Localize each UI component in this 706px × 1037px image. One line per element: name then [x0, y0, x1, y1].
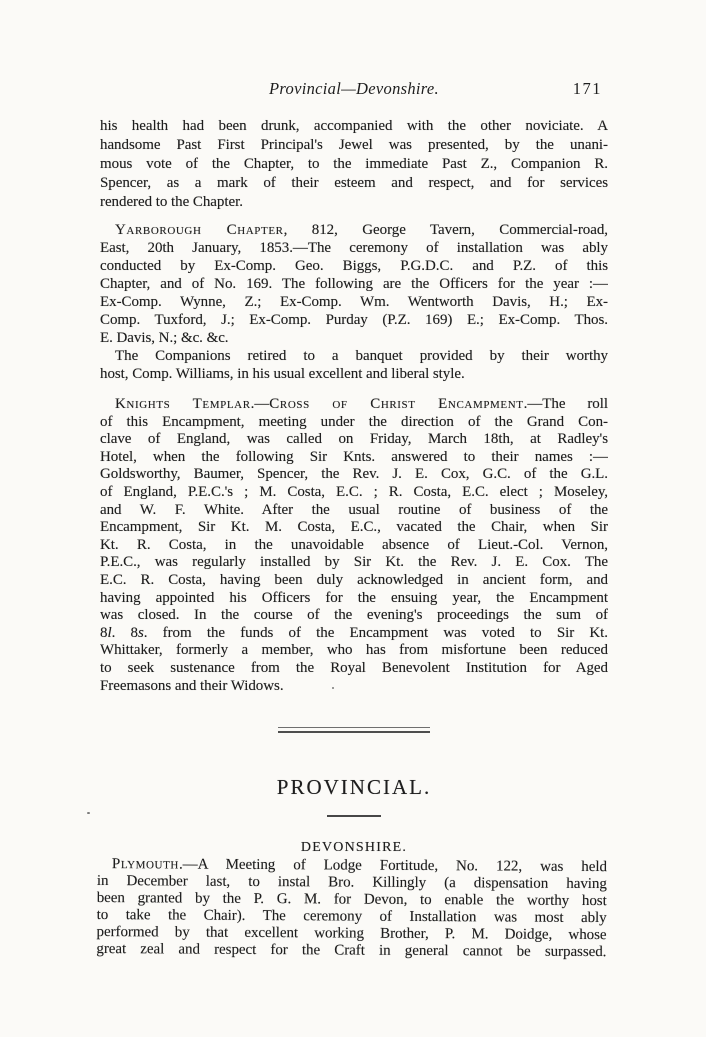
- text-line: mous vote of the Chapter, to the immedia…: [100, 155, 608, 174]
- text-line: 8l. 8s. from the funds of the Encampment…: [100, 625, 608, 643]
- text-line: East, 20th January, 1853.—The ceremony o…: [100, 239, 608, 257]
- text-line: E.C. R. Costa, having been duly acknowle…: [100, 572, 608, 590]
- text-line: Knights Templar.—Cross of Christ Encampm…: [100, 396, 608, 414]
- page-header: Provincial—Devonshire. 171: [100, 79, 608, 101]
- text-line: Hotel, when the following Sir Knts. answ…: [100, 449, 608, 467]
- text-line: host, Comp. Williams, in his usual excel…: [100, 365, 608, 383]
- text-line: Whittaker, formerly a member, who has fr…: [100, 642, 608, 660]
- text-line: E. Davis, N.; &c. &c.: [100, 329, 608, 347]
- paragraph-plymouth: Plymouth.—A Meeting of Lodge Fortitude, …: [96, 856, 607, 961]
- text-line: having appointed his Officers for the en…: [100, 590, 608, 608]
- article-text-block: his health had been drunk, accompanied w…: [100, 117, 608, 695]
- section-text-block: Plymouth.—A Meeting of Lodge Fortitude, …: [96, 856, 607, 961]
- text-line: Spencer, as a mark of their esteem and r…: [100, 174, 608, 193]
- text-line: and W. F. White. After the usual routine…: [100, 502, 608, 520]
- text-line: rendered to the Chapter.: [100, 193, 608, 212]
- scanned-page: Provincial—Devonshire. 171 his health ha…: [0, 0, 706, 1037]
- text-line: Ex-Comp. Wynne, Z.; Ex-Comp. Wm. Wentwor…: [100, 293, 608, 311]
- text-line: his health had been drunk, accompanied w…: [100, 117, 608, 136]
- text-line: P.E.C., was regularly installed by Sir K…: [100, 554, 608, 572]
- text-line: Comp. Tuxford, J.; Ex-Comp. Purday (P.Z.…: [100, 311, 608, 329]
- text-line: clave of England, was called on Friday, …: [100, 431, 608, 449]
- paragraph-companions: The Companions retired to a banquet prov…: [100, 347, 608, 383]
- paragraph-yarborough: Yarborough Chapter, 812, George Tavern, …: [100, 221, 608, 347]
- text-line: Yarborough Chapter, 812, George Tavern, …: [100, 221, 608, 239]
- county-heading: DEVONSHIRE.: [100, 840, 608, 856]
- scan-speck: [87, 812, 90, 814]
- text-line: The Companions retired to a banquet prov…: [100, 347, 608, 365]
- text-line: Kt. R. Costa, in the unavoidable absence…: [100, 537, 608, 555]
- text-line: was closed. In the course of the evening…: [100, 607, 608, 625]
- section-title: PROVINCIAL.: [100, 775, 608, 800]
- scan-speck: [332, 687, 334, 689]
- text-line: handsome Past First Principal's Jewel wa…: [100, 136, 608, 155]
- paragraph-knights: Knights Templar.—Cross of Christ Encampm…: [100, 396, 608, 695]
- text-line: to seek sustenance from the Royal Benevo…: [100, 660, 608, 678]
- running-title: Provincial—Devonshire.: [100, 79, 608, 99]
- text-line: Encampment, Sir Kt. M. Costa, E.C., vaca…: [100, 519, 608, 537]
- page-number: 171: [573, 79, 602, 99]
- paragraph-continuation: his health had been drunk, accompanied w…: [100, 117, 608, 212]
- title-underline-rule: [327, 815, 381, 817]
- text-line: great zeal and respect for the Craft in …: [96, 941, 606, 961]
- text-line: conducted by Ex-Comp. Geo. Biggs, P.G.D.…: [100, 257, 608, 275]
- text-line: Chapter, and of No. 169. The following a…: [100, 275, 608, 293]
- text-line: Goldsworthy, Baumer, Spencer, the Rev. J…: [100, 466, 608, 484]
- text-line: of this Encampment, meeting under the di…: [100, 414, 608, 432]
- section-divider-rule: [278, 727, 430, 733]
- text-line: of England, P.E.C.'s ; M. Costa, E.C. ; …: [100, 484, 608, 502]
- text-line: Freemasons and their Widows.: [100, 678, 608, 696]
